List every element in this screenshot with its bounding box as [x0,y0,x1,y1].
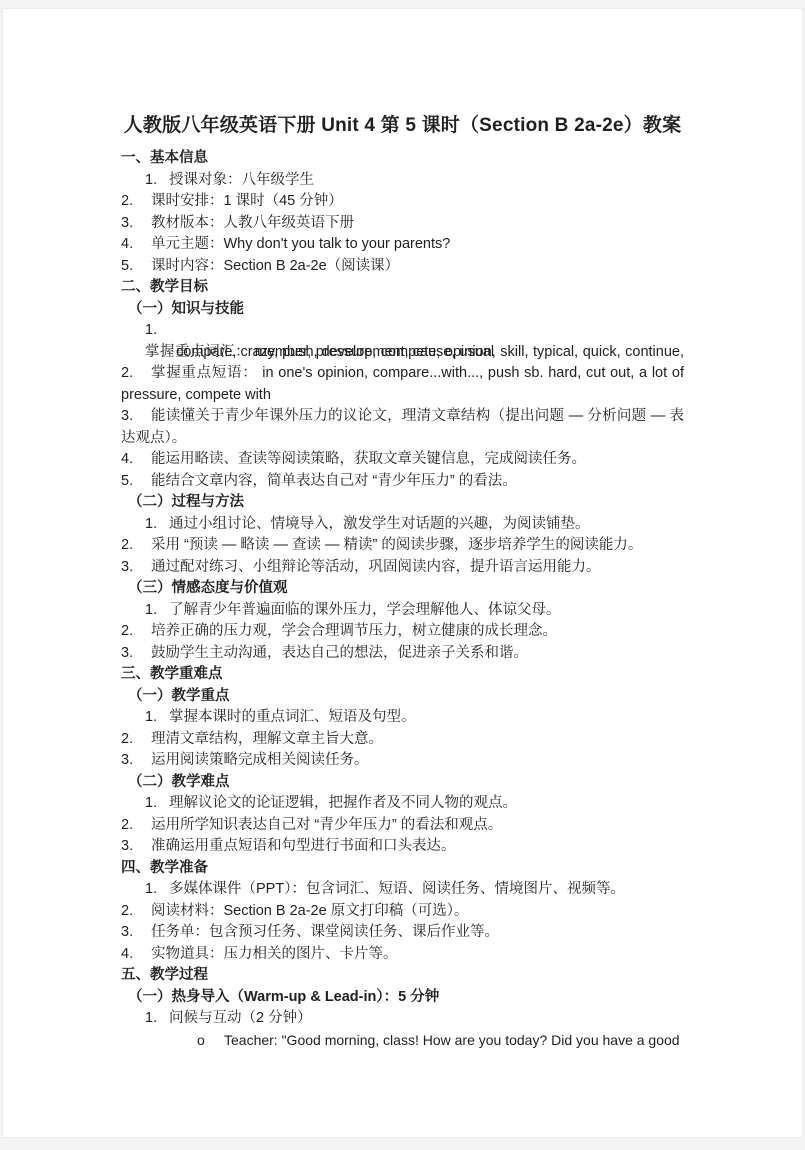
list-marker: 2. [121,621,151,643]
doc-line: 3.教材版本：人教八年级英语下册 [121,213,684,235]
doc-line-text: 多媒体课件（PPT）：包含词汇、短语、阅读任务、情境图片、视频等。 [169,881,625,897]
doc-line: 2.掌握重点短语： in one's opinion, compare...wi… [121,363,684,385]
doc-line-text: 教材版本：人教八年级英语下册 [151,215,354,231]
doc-line: 达观点）。 [121,428,684,450]
list-marker: 3. [121,557,151,579]
doc-line-text: 授课对象：八年级学生 [169,172,314,188]
list-marker: 3. [121,922,151,944]
doc-line-text: 实物道具：压力相关的图片、卡片等。 [151,946,398,962]
doc-line: 三、教学重难点 [121,664,684,686]
doc-line: 3.任务单：包含预习任务、课堂阅读任务、课后作业等。 [121,922,684,944]
doc-line-text: Teacher: "Good morning, class! How are y… [224,1032,680,1048]
doc-line-text: 问候与互动（2 分钟） [169,1010,312,1026]
doc-line-text: 运用阅读策略完成相关阅读任务。 [151,752,369,768]
doc-line: 5.能结合文章内容，简单表达自己对 “青少年压力” 的看法。 [121,471,684,493]
doc-line: 4.能运用略读、查读等阅读策略，获取文章关键信息，完成阅读任务。 [121,449,684,471]
list-marker: 3. [121,406,151,428]
doc-line-text: 掌握重点短语： in one's opinion, compare...with… [151,363,684,385]
doc-line: （二）教学难点 [121,772,684,794]
list-marker: 3. [121,836,151,858]
doc-line: （二）过程与方法 [121,492,684,514]
doc-line: 一、基本信息 [121,148,684,170]
doc-line: （一）热身导入（Warm-up & Lead-in）：5 分钟 [121,987,684,1009]
doc-line: 1.授课对象：八年级学生 [121,170,684,192]
doc-line: 5.课时内容：Section B 2a-2e（阅读课） [121,256,684,278]
doc-line: pressure, compete with [121,385,684,407]
list-marker: 2. [121,363,151,385]
doc-line: 3.鼓励学生主动沟通，表达自己的想法，促进亲子关系和谐。 [121,643,684,665]
doc-line-text: 课时安排：1 课时（45 分钟） [151,193,343,209]
list-marker: 1. [145,707,169,729]
doc-line: 2.理清文章结构，理解文章主旨大意。 [121,729,684,751]
doc-line: 1.掌握本课时的重点词汇、短语及句型。 [121,707,684,729]
document-title: 人教版八年级英语下册 Unit 4 第 5 课时（Section B 2a-2e… [121,111,684,141]
doc-line: 2.采用 “预读 — 略读 — 查读 — 精读” 的阅读步骤，逐步培养学生的阅读… [121,535,684,557]
doc-line-text: 掌握本课时的重点词汇、短语及句型。 [169,709,416,725]
doc-line-text: compare, crazy, push, development, cause… [176,344,494,360]
doc-line: 2.阅读材料：Section B 2a-2e 原文打印稿（可选）。 [121,901,684,923]
doc-line-text: （一）热身导入（Warm-up & Lead-in）：5 分钟 [128,989,439,1005]
doc-line: 2.运用所学知识表达自己对 “青少年压力” 的看法和观点。 [121,815,684,837]
list-marker: 1. [145,514,169,536]
doc-line-text: 鼓励学生主动沟通，表达自己的想法，促进亲子关系和谐。 [151,645,528,661]
doc-line: 3.准确运用重点短语和句型进行书面和口头表达。 [121,836,684,858]
doc-line: （三）情感态度与价值观 [121,578,684,600]
doc-line: 二、教学目标 [121,277,684,299]
doc-line-text: 任务单：包含预习任务、课堂阅读任务、课后作业等。 [151,924,499,940]
doc-line: 3.运用阅读策略完成相关阅读任务。 [121,750,684,772]
doc-line-text: （三）情感态度与价值观 [128,580,288,596]
doc-line-text: 一、基本信息 [121,150,208,166]
list-marker: 1. [145,170,169,192]
list-marker: 3. [121,750,151,772]
list-marker: 2. [121,535,151,557]
list-marker: 4. [121,234,151,256]
list-marker: 1. [145,1008,169,1030]
doc-line: 1.通过小组讨论、情境导入，激发学生对话题的兴趣，为阅读铺垫。 [121,514,684,536]
doc-line-text: （一）知识与技能 [128,301,244,317]
doc-line: 2.培养正确的压力观，学会合理调节压力，树立健康的成长理念。 [121,621,684,643]
doc-line-text: 四、教学准备 [121,860,208,876]
doc-line: 4.单元主题：Why don't you talk to your parent… [121,234,684,256]
doc-line: 1.问候与互动（2 分钟） [121,1008,684,1030]
doc-line-text: 理清文章结构，理解文章主旨大意。 [151,731,383,747]
list-marker: 4. [121,944,151,966]
list-marker: 4. [121,449,151,471]
doc-line: oTeacher: "Good morning, class! How are … [121,1030,684,1052]
doc-line-text: 达观点）。 [121,430,186,446]
doc-line: 4.实物道具：压力相关的图片、卡片等。 [121,944,684,966]
doc-line-text: 了解青少年普遍面临的课外压力，学会理解他人、体谅父母。 [169,602,561,618]
doc-line-text: （一）教学重点 [128,688,230,704]
doc-line-text: 能读懂关于青少年课外压力的议论文，理清文章结构（提出问题 — 分析问题 — 表 [151,406,684,428]
doc-line: 四、教学准备 [121,858,684,880]
doc-line-text: 阅读材料：Section B 2a-2e 原文打印稿（可选）。 [151,903,468,919]
list-marker: 5. [121,256,151,278]
list-marker: 1. [145,879,169,901]
doc-line-text: （二）教学难点 [128,774,230,790]
doc-line: （一）教学重点 [121,686,684,708]
doc-line-text: （二）过程与方法 [128,494,244,510]
list-marker: o [197,1030,224,1052]
doc-line: （一）知识与技能 [121,299,684,321]
doc-line-text: 能结合文章内容，简单表达自己对 “青少年压力” 的看法。 [151,473,517,489]
doc-line: 3.通过配对练习、小组辩论等活动，巩固阅读内容，提升语言运用能力。 [121,557,684,579]
doc-line: 1.掌握重点词汇： member, pressure, compete, opi… [121,320,684,342]
doc-line: 五、教学过程 [121,965,684,987]
list-marker: 1. [145,600,169,622]
list-marker: 3. [121,643,151,665]
doc-line-text: 二、教学目标 [121,279,208,295]
list-marker: 2. [121,729,151,751]
doc-line-text: 单元主题：Why don't you talk to your parents? [151,236,450,252]
doc-line-text: 课时内容：Section B 2a-2e（阅读课） [151,258,399,274]
list-marker: 3. [121,213,151,235]
doc-line-text: 能运用略读、查读等阅读策略，获取文章关键信息，完成阅读任务。 [151,451,586,467]
doc-line-text: 运用所学知识表达自己对 “青少年压力” 的看法和观点。 [151,817,502,833]
list-marker: 5. [121,471,151,493]
doc-line-text: 通过配对练习、小组辩论等活动，巩固阅读内容，提升语言运用能力。 [151,559,601,575]
list-marker: 1. [145,320,169,342]
list-marker: 2. [121,901,151,923]
doc-line-text: pressure, compete with [121,387,271,403]
doc-line-text: 采用 “预读 — 略读 — 查读 — 精读” 的阅读步骤，逐步培养学生的阅读能力… [151,537,642,553]
doc-line-text: 培养正确的压力观，学会合理调节压力，树立健康的成长理念。 [151,623,557,639]
doc-line-text: 准确运用重点短语和句型进行书面和口头表达。 [151,838,456,854]
doc-line-text: 五、教学过程 [121,967,208,983]
doc-line: 2.课时安排：1 课时（45 分钟） [121,191,684,213]
doc-line-text: 通过小组讨论、情境导入，激发学生对话题的兴趣，为阅读铺垫。 [169,516,590,532]
doc-line-text: 三、教学重难点 [121,666,223,682]
list-marker: 2. [121,191,151,213]
doc-line: 1.了解青少年普遍面临的课外压力，学会理解他人、体谅父母。 [121,600,684,622]
doc-line-text: 理解议论文的论证逻辑，把握作者及不同人物的观点。 [169,795,517,811]
document-page: 人教版八年级英语下册 Unit 4 第 5 课时（Section B 2a-2e… [2,8,803,1138]
list-marker: 1. [145,793,169,815]
document-body: 一、基本信息1.授课对象：八年级学生2.课时安排：1 课时（45 分钟）3.教材… [121,148,684,1051]
doc-line: 3.能读懂关于青少年课外压力的议论文，理清文章结构（提出问题 — 分析问题 — … [121,406,684,428]
doc-line: 1.理解议论文的论证逻辑，把握作者及不同人物的观点。 [121,793,684,815]
list-marker: 2. [121,815,151,837]
doc-line: 1.多媒体课件（PPT）：包含词汇、短语、阅读任务、情境图片、视频等。 [121,879,684,901]
